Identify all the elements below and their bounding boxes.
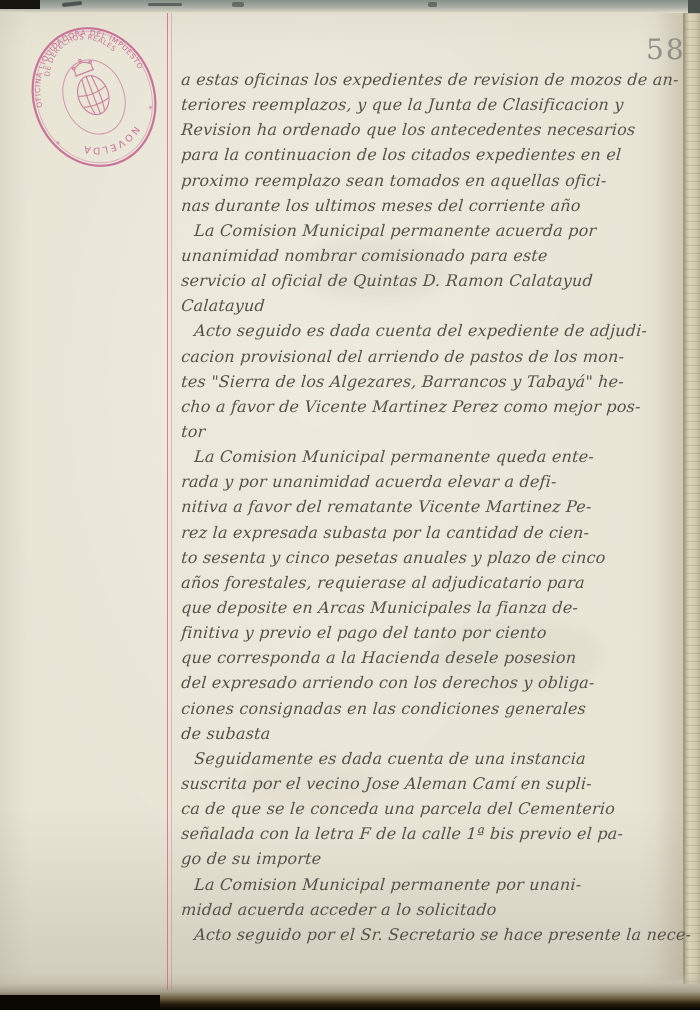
manuscript-line: Calatayud bbox=[180, 296, 687, 321]
manuscript-line: nitiva a favor del rematante Vicente Mar… bbox=[180, 497, 687, 522]
manuscript-line: unanimidad nombrar comisionado para este bbox=[180, 246, 687, 271]
page-number: 58 bbox=[646, 33, 686, 66]
manuscript-line: go de su importe bbox=[180, 849, 687, 874]
book-fore-edge bbox=[685, 13, 700, 984]
manuscript-line: La Comision Municipal permanente por una… bbox=[180, 875, 687, 900]
edge-smudge bbox=[428, 2, 437, 7]
book-bottom-edge bbox=[0, 972, 700, 1010]
stamp-star-right: * bbox=[148, 104, 155, 114]
manuscript-line: Acto seguido es dada cuenta del expedien… bbox=[180, 321, 687, 346]
manuscript-line: Seguidamente es dada cuenta de una insta… bbox=[180, 749, 687, 774]
manuscript-line: proximo reemplazo sean tomados en aquell… bbox=[180, 171, 687, 196]
manuscript-line: ca de que se le conceda una parcela del … bbox=[180, 799, 687, 824]
manuscript-line: to sesenta y cinco pesetas anuales y pla… bbox=[180, 548, 687, 573]
stamp-crest bbox=[66, 54, 115, 119]
manuscript-line: finitiva y previo el pago del tanto por … bbox=[180, 623, 687, 648]
top-left-corner-shadow bbox=[0, 0, 40, 9]
manuscript-line: La Comision Municipal permanente queda e… bbox=[180, 447, 687, 472]
manuscript-line: rez la expresada subasta por la cantidad… bbox=[180, 523, 687, 548]
edge-smudge bbox=[148, 3, 182, 6]
edge-smudge bbox=[62, 1, 82, 7]
manuscript-line: La Comision Municipal permanente acuerda… bbox=[180, 221, 687, 246]
novelda-office-stamp: OFICINA LIQUIDADORA DEL IMPUESTO DE DERE… bbox=[0, 0, 199, 205]
manuscript-line: rada y por unanimidad acuerda elevar a d… bbox=[180, 472, 687, 497]
stamp-bottom-text: NOVELDA bbox=[78, 122, 145, 164]
manuscript-line: tor bbox=[180, 422, 687, 447]
manuscript-line: ciones consignadas en las condiciones ge… bbox=[180, 699, 687, 724]
top-right-corner-shadow bbox=[688, 0, 700, 13]
manuscript-line: servicio al oficial de Quintas D. Ramon … bbox=[180, 271, 687, 296]
manuscript-line: señalada con la letra F de la calle 1ª b… bbox=[180, 824, 687, 849]
manuscript-line: Revision ha ordenado que los antecedente… bbox=[180, 120, 687, 145]
manuscript-line: nas durante los ultimos meses del corrie… bbox=[180, 196, 687, 221]
manuscript-line: a estas oficinas los expedientes de revi… bbox=[180, 70, 687, 95]
edge-smudge bbox=[232, 2, 244, 7]
manuscript-text: a estas oficinas los expedientes de revi… bbox=[181, 70, 686, 950]
manuscript-line: midad acuerda acceder a lo solicitado bbox=[180, 900, 687, 925]
manuscript-line: cho a favor de Vicente Martinez Perez co… bbox=[180, 397, 687, 422]
manuscript-line: teriores reemplazos, y que la Junta de C… bbox=[180, 95, 687, 120]
margin-rule-secondary bbox=[171, 13, 172, 990]
manuscript-line: suscrita por el vecino Jose Aleman Camí … bbox=[180, 774, 687, 799]
stamp-outer-ring-text: OFICINA LIQUIDADORA DEL IMPUESTO bbox=[14, 11, 145, 110]
manuscript-line: tes "Sierra de los Algezares, Barrancos … bbox=[180, 372, 687, 397]
manuscript-line: de subasta bbox=[180, 724, 687, 749]
manuscript-line: años forestales, requierase al adjudicat… bbox=[180, 573, 687, 598]
manuscript-line: que corresponda a la Hacienda desele pos… bbox=[180, 648, 687, 673]
manuscript-line: que deposite en Arcas Municipales la fia… bbox=[180, 598, 687, 623]
manuscript-line: para la continuacion de los citados expe… bbox=[180, 145, 687, 170]
manuscript-line: del expresado arriendo con los derechos … bbox=[180, 673, 687, 698]
manuscript-line: Acto seguido por el Sr. Secretario se ha… bbox=[180, 925, 687, 950]
manuscript-line: cacion provisional del arriendo de pasto… bbox=[180, 347, 687, 372]
